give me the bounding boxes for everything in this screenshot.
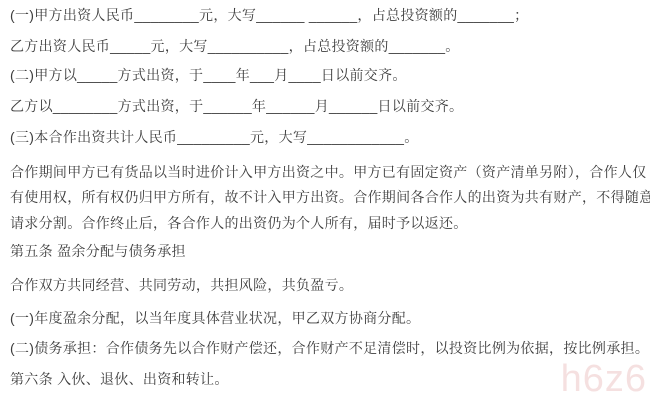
clause-joint-operation: 合作双方共同经营、共同劳动，共担风险，共负盈亏。 [10, 277, 353, 293]
paragraph-property-terms-line-1: 合作期间甲方已有货品以当时进价计入甲方出资之中。甲方已有固定资产（资产清单另附）… [10, 164, 647, 180]
clause-party-a-payment-method: (二)甲方以_____方式出资，于____年___月____日以前交齐。 [10, 67, 407, 83]
clause-party-a-contribution: (一)甲方出资人民币________元，大写______ ______，占总投资… [10, 7, 528, 23]
clause-annual-profit-sharing: (一)年度盈余分配，以当年度具体营业状况，甲乙双方协商分配。 [10, 310, 420, 326]
paragraph-property-terms-line-3: 请求分割。合作终止后，各合作人的出资仍为个人所有，届时予以返还。 [10, 215, 468, 231]
article-6-heading: 第六条 入伙、退伙、出资和转让。 [10, 371, 229, 387]
clause-total-contribution: (三)本合作出资共计人民币_________元，大写____________。 [10, 129, 419, 145]
article-5-heading: 第五条 盈余分配与债务承担 [10, 243, 186, 259]
site-watermark: h6z6 [561, 358, 647, 393]
clause-debt-liability: (二)债务承担：合作债务先以合作财产偿还，合作财产不足清偿时，以投资比例为依据，… [10, 340, 649, 356]
paragraph-property-terms-line-2: 有使用权，所有权仍归甲方所有，故不计入甲方出资。合作期间各合作人的出资为共有财产… [10, 189, 650, 205]
clause-party-b-contribution: 乙方出资人民币_____元，大写__________，占总投资额的_______… [10, 38, 460, 54]
contract-document-page: (一)甲方出资人民币________元，大写______ ______，占总投资… [0, 0, 650, 393]
clause-party-b-payment-method: 乙方以________方式出资，于______年______月______日以前… [10, 98, 463, 114]
